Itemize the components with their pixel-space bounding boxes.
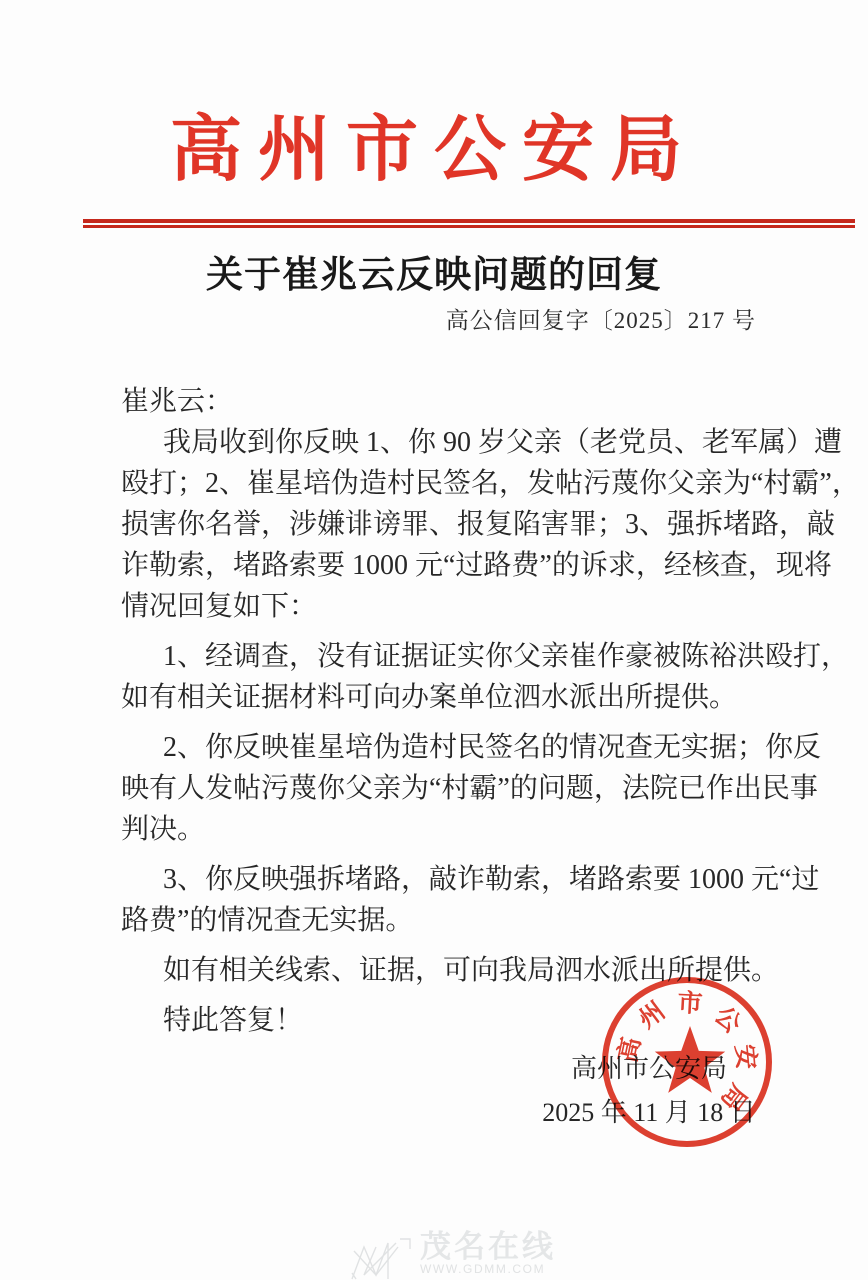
official-seal-stamp: 高 州 市 公 安 局 [597,974,779,1156]
watermark: 茂名在线 WWW.GDMM.COM [350,1231,556,1280]
letter-body: 崔兆云： 我局收到你反映 1、你 90 岁父亲（老党员、老军属）遭 殴打；2、崔… [121,381,781,1041]
body-line: 1、经调查，没有证据证实你父亲崔作豪被陈裕洪殴打， [121,636,781,677]
body-line: 我局收到你反映 1、你 90 岁父亲（老党员、老军属）遭 [121,422,781,463]
body-line: 殴打；2、崔星培伪造村民签名，发帖污蔑你父亲为“村霸”， [121,463,781,504]
seal-character: 州 [634,997,670,1034]
letterhead-divider-rule [83,219,855,228]
seal-character: 局 [715,1079,752,1116]
salutation-line: 崔兆云： [121,381,781,422]
body-line: 路费”的情况查无实据。 [121,900,781,941]
body-line: 情况回复如下： [121,586,781,627]
letterhead-agency-name: 高州市公安局 [0,104,868,198]
watermark-site-url: WWW.GDMM.COM [420,1262,556,1276]
seal-character: 安 [730,1043,760,1070]
document-reference-number: 高公信回复字〔2025〕217 号 [446,302,756,335]
seal-star-icon [655,1026,725,1093]
watermark-text: 茂名在线 WWW.GDMM.COM [420,1231,556,1276]
body-line: 判决。 [121,809,781,850]
watermark-logo-icon [350,1235,412,1280]
seal-character: 公 [709,1002,746,1039]
watermark-site-name: 茂名在线 [420,1231,556,1262]
scanned-official-letter: 高州市公安局 关于崔兆云反映问题的回复 高公信回复字〔2025〕217 号 崔兆… [0,0,868,1280]
body-line: 映有人发帖污蔑你父亲为“村霸”的问题，法院已作出民事 [121,768,781,809]
document-title: 关于崔兆云反映问题的回复 [0,244,868,298]
seal-character: 市 [677,989,703,1018]
seal-character: 高 [613,1034,647,1064]
body-line: 如有相关证据材料可向办案单位泗水派出所提供。 [121,677,781,718]
body-line: 2、你反映崔星培伪造村民签名的情况查无实据；你反 [121,727,781,768]
body-line: 诈勒索，堵路索要 1000 元“过路费”的诉求，经核查，现将 [121,545,781,586]
body-line: 3、你反映强拆堵路，敲诈勒索，堵路索要 1000 元“过 [121,859,781,900]
body-line: 损害你名誉，涉嫌诽谤罪、报复陷害罪；3、强拆堵路，敲 [121,504,781,545]
